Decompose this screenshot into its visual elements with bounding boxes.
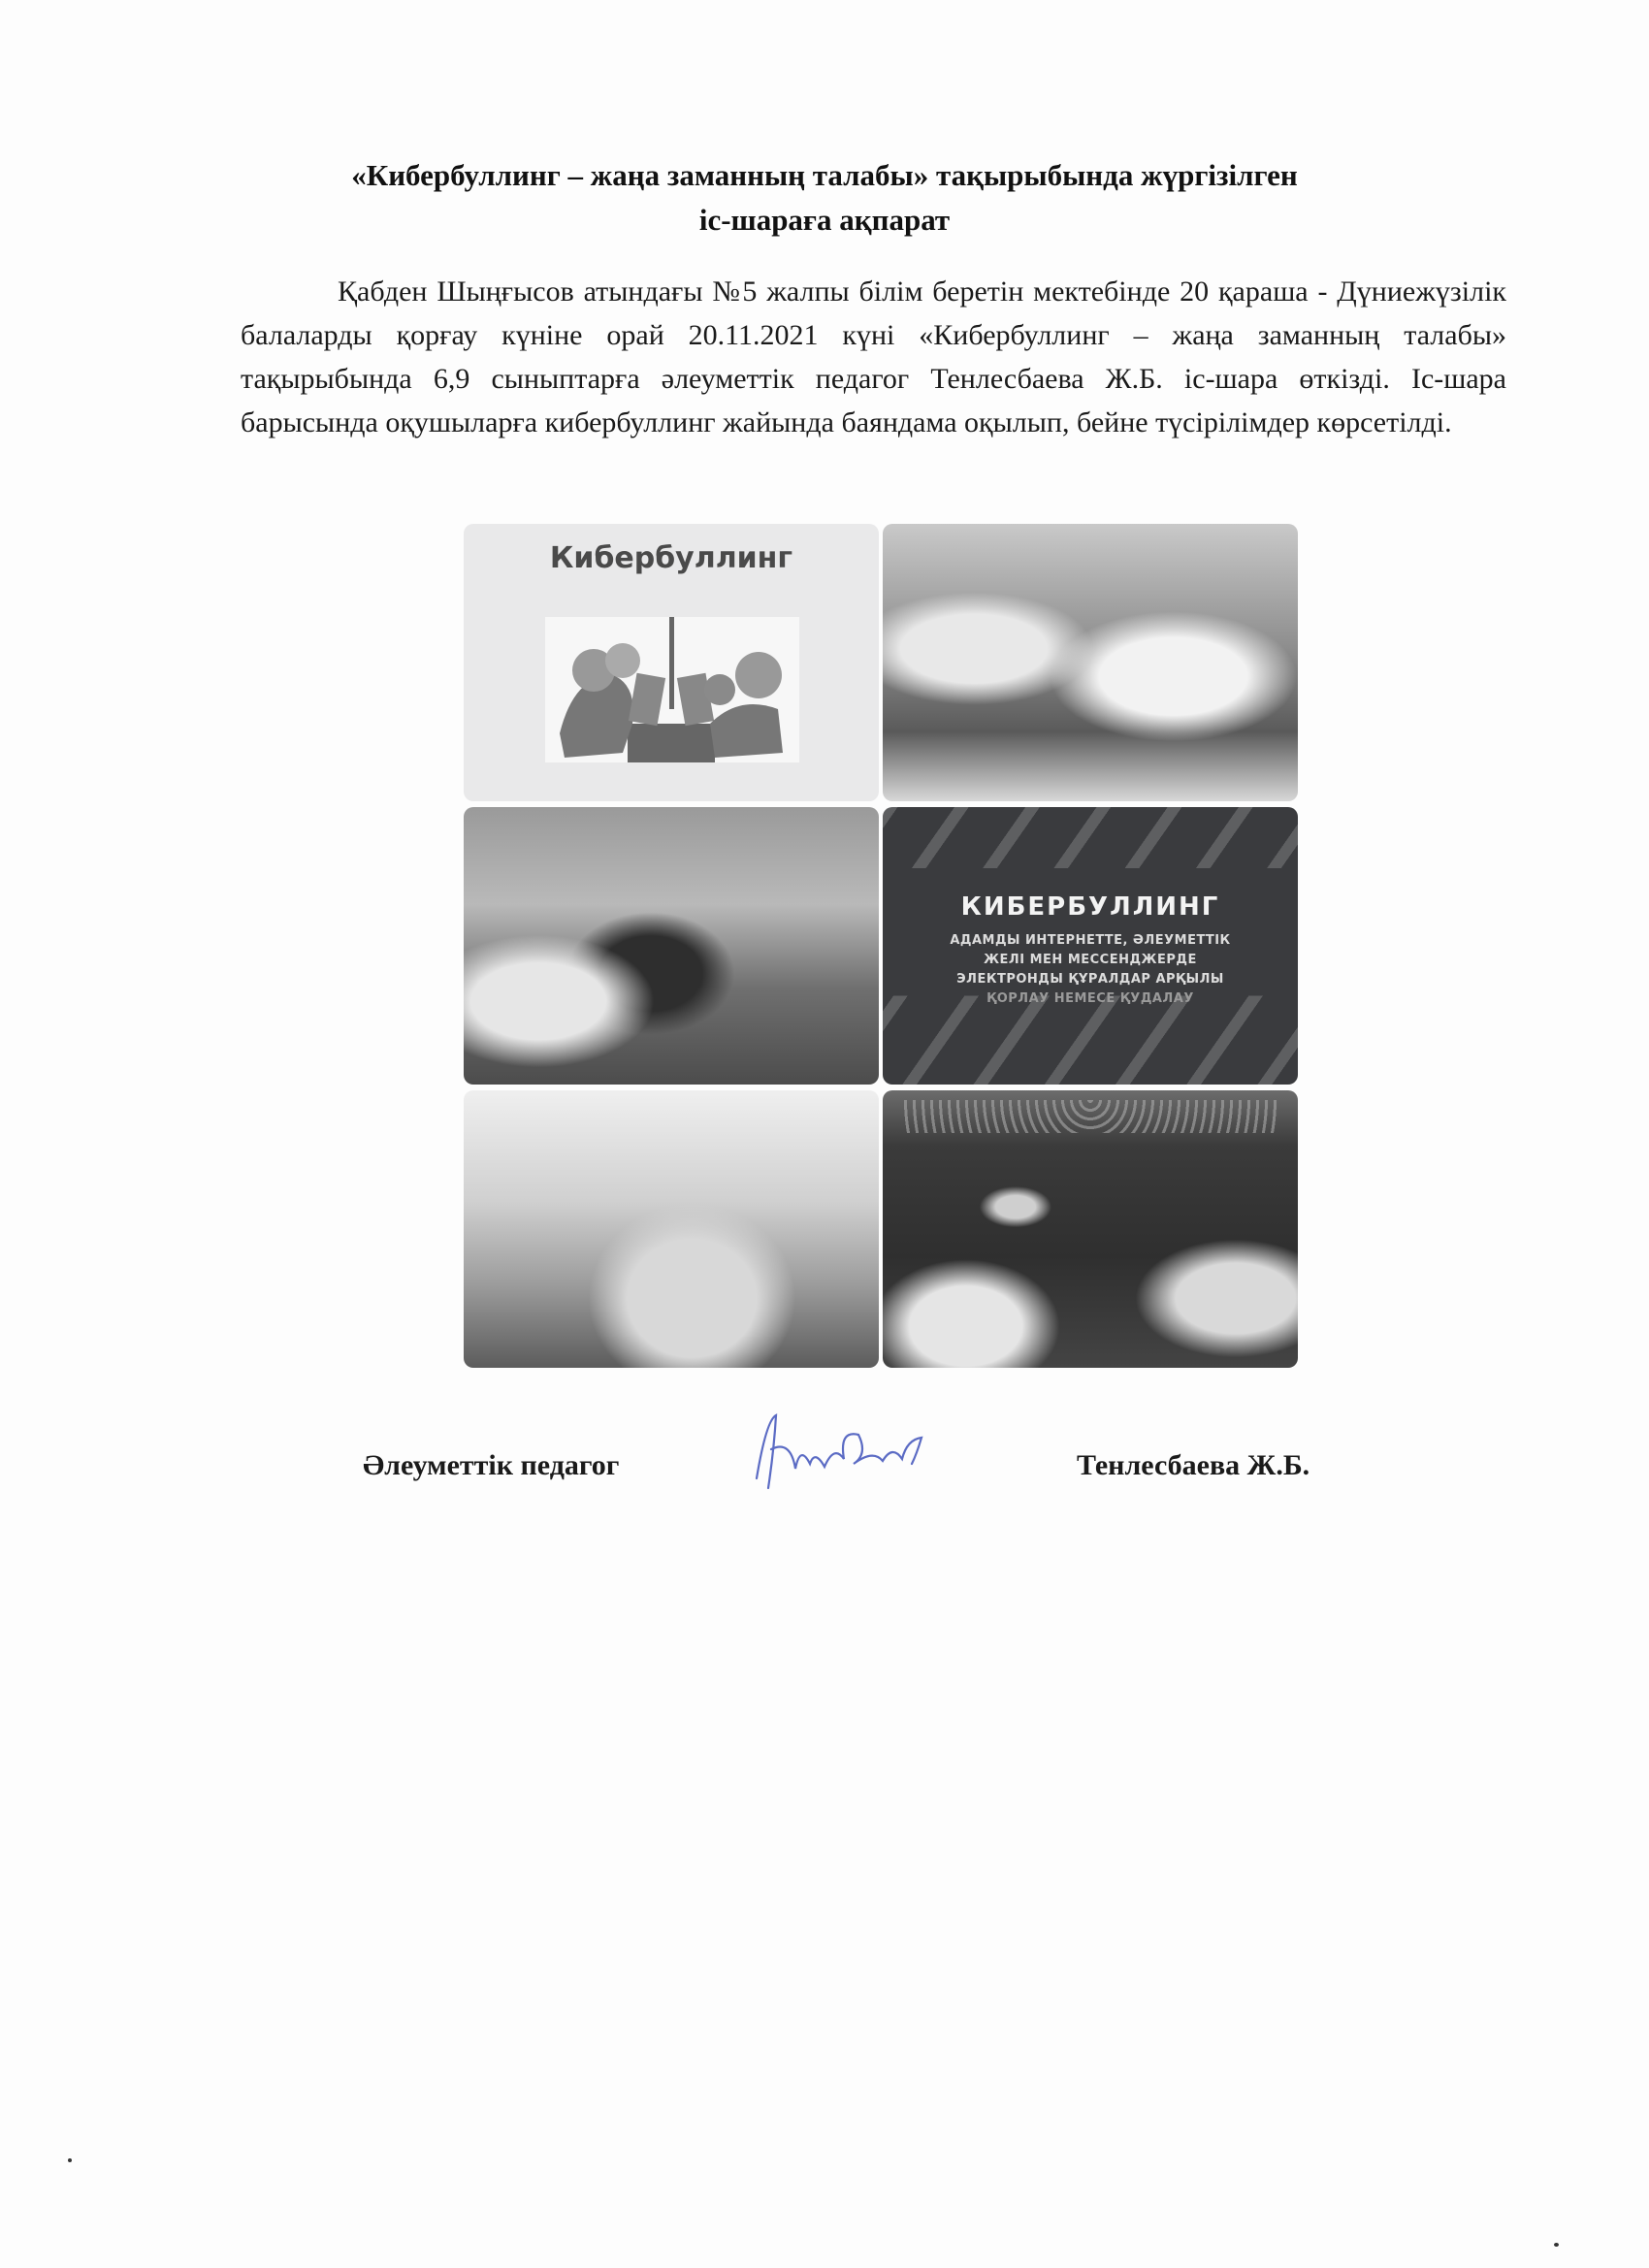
- body-paragraph: Қабден Шыңғысов атындағы №5 жалпы білім …: [241, 270, 1506, 444]
- signature-block: Әлеуметтік педагог Тенлесбаева Ж.Б.: [0, 1445, 1649, 1504]
- photo-presentation-stage: [883, 1090, 1298, 1368]
- scan-speck: [1554, 2243, 1559, 2247]
- signer-role: Әлеуметтік педагог: [363, 1449, 619, 1482]
- document-page: «Кибербуллинг – жаңа заманның талабы» та…: [0, 0, 1649, 2268]
- slide-cyberbullying-definition: КИБЕРБУЛЛИНГ АДАМДЫ ИНТЕРНЕТТЕ, ӘЛЕУМЕТТ…: [883, 807, 1298, 1085]
- photo-classroom-lesson: [464, 807, 879, 1085]
- photo-students-masks: [883, 524, 1298, 801]
- signer-name: Тенлесбаева Ж.Б.: [1077, 1449, 1309, 1482]
- cartoon-computer-bullying-icon: [545, 617, 799, 762]
- title-line-1: «Кибербуллинг – жаңа заманның талабы» та…: [233, 153, 1416, 198]
- slide-definition: АДАМДЫ ИНТЕРНЕТТЕ, ӘЛЕУМЕТТІК ЖЕЛІ МЕН М…: [883, 931, 1298, 1009]
- slide-title: Кибербуллинг: [464, 541, 879, 575]
- photo-collage: Кибербуллинг КИБЕРБУЛЛИНГ: [464, 524, 1296, 1364]
- document-title: «Кибербуллинг – жаңа заманның талабы» та…: [233, 153, 1416, 243]
- photo-hall-students: [464, 1090, 879, 1368]
- scan-speck: [68, 2158, 72, 2162]
- title-line-2: іс-шараға ақпарат: [233, 198, 1416, 243]
- handwritten-signature-icon: [747, 1410, 941, 1498]
- ornament-curtain: [902, 1100, 1278, 1133]
- slide-heading: КИБЕРБУЛЛИНГ: [883, 892, 1298, 922]
- slide-cyberbullying-cartoon: Кибербуллинг: [464, 524, 879, 801]
